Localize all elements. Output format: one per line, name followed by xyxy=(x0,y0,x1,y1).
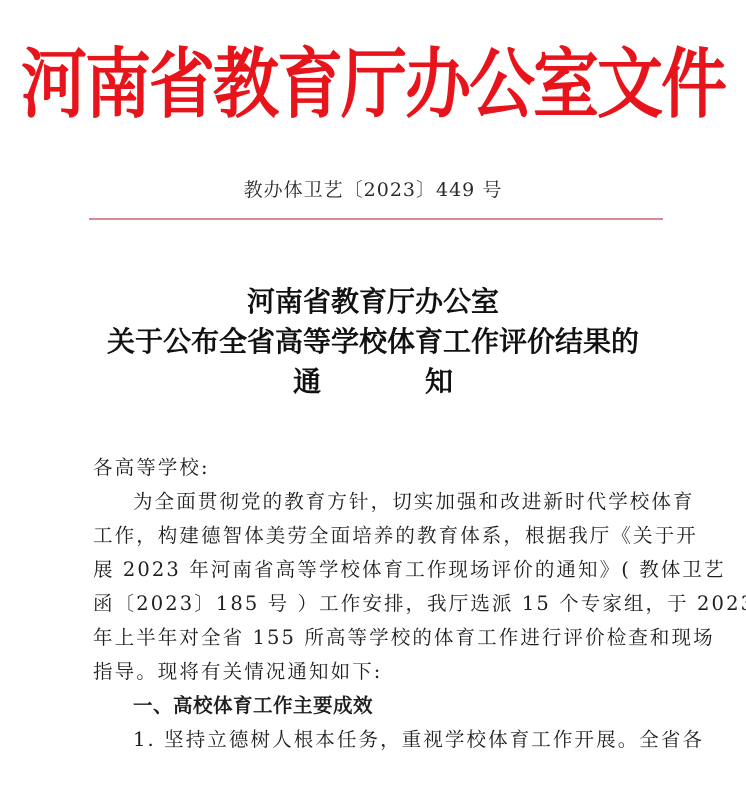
item-1-line-1: 1. 坚持立德树人根本任务，重视学校体育工作开展。全省各 xyxy=(93,723,673,757)
paragraph-1-line-5: 年上半年对全省 155 所高等学校的体育工作进行评价检查和现场 xyxy=(93,621,673,655)
title-notice-char-2: 知 xyxy=(425,362,453,402)
title-notice-char-1: 通 xyxy=(293,362,321,402)
title-line-subject: 关于公布全省高等学校体育工作评价结果的 xyxy=(0,322,746,362)
paragraph-1-line-1: 为全面贯彻党的教育方针，切实加强和改进新时代学校体育 xyxy=(93,485,673,519)
document-title: 河南省教育厅办公室 关于公布全省高等学校体育工作评价结果的 通 知 xyxy=(0,282,746,402)
red-divider-line xyxy=(89,218,663,220)
paragraph-1-line-3: 展 2023 年河南省高等学校体育工作现场评价的通知》( 教体卫艺 xyxy=(93,553,673,587)
document-masthead: 河南省教育厅办公室文件 xyxy=(0,38,746,130)
salutation: 各高等学校: xyxy=(93,451,673,485)
title-line-notice: 通 知 xyxy=(0,362,746,402)
title-line-issuer: 河南省教育厅办公室 xyxy=(0,282,746,322)
document-body: 各高等学校: 为全面贯彻党的教育方针，切实加强和改进新时代学校体育 工作，构建德… xyxy=(93,451,673,757)
document-number: 教办体卫艺〔2023〕449 号 xyxy=(0,176,746,204)
paragraph-1-line-4: 函〔2023〕185 号 ）工作安排，我厅选派 15 个专家组，于 2023 xyxy=(93,587,673,621)
section-1-heading: 一、高校体育工作主要成效 xyxy=(93,689,673,723)
document-page: 河南省教育厅办公室文件 教办体卫艺〔2023〕449 号 河南省教育厅办公室 关… xyxy=(0,0,746,802)
paragraph-1-line-2: 工作，构建德智体美劳全面培养的教育体系，根据我厅《关于开 xyxy=(93,519,673,553)
paragraph-1-line-6: 指导。现将有关情况通知如下: xyxy=(93,655,673,689)
